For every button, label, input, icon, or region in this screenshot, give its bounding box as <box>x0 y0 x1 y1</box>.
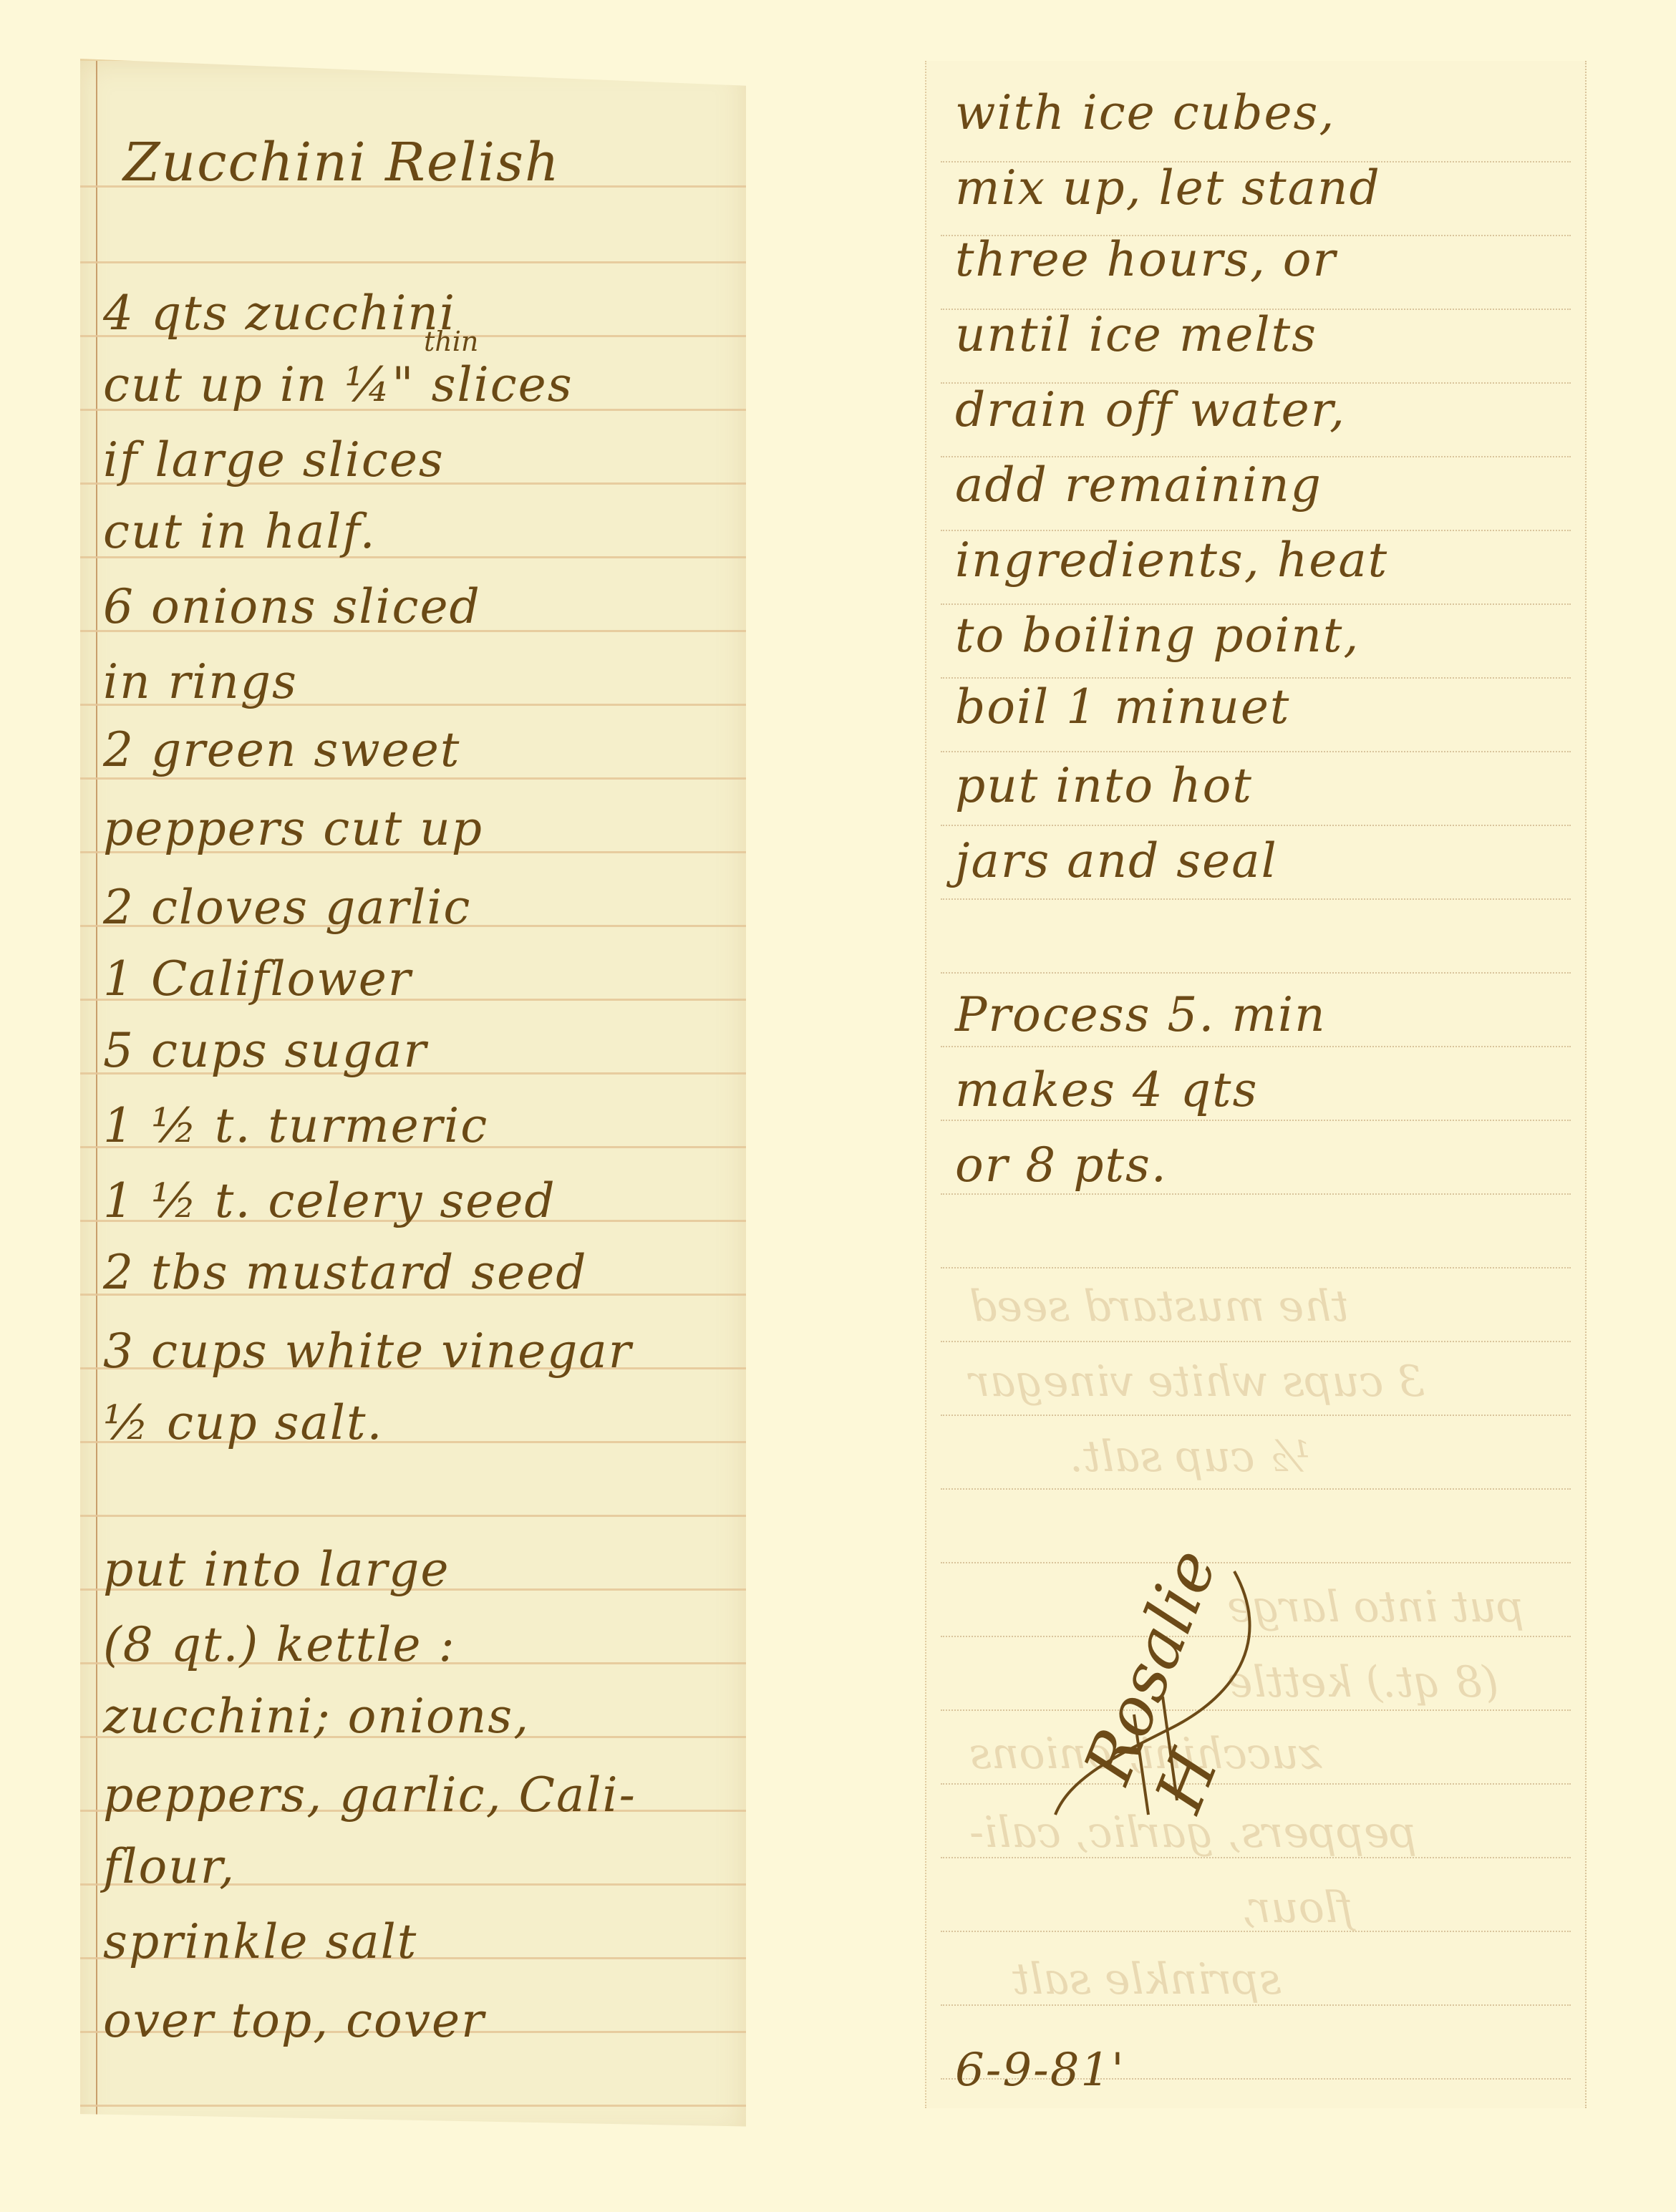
bleed-through: flour, <box>1241 1883 1353 1933</box>
rule-line <box>941 1488 1571 1490</box>
instruction-line: flour, <box>103 1843 236 1891</box>
rule-line <box>80 261 746 263</box>
rule-line <box>80 2105 746 2107</box>
rule-line <box>941 825 1571 826</box>
instruction-line: over top, cover <box>103 1997 485 2044</box>
rule-line <box>941 1046 1571 1047</box>
process-line: Process 5. min <box>955 991 1327 1039</box>
instruction-line: zucchini; onions, <box>103 1693 530 1740</box>
rule-line <box>941 1120 1571 1121</box>
rule-line <box>941 751 1571 752</box>
instruction-line: jars and seal <box>955 838 1278 885</box>
ingredient-line: 5 cups sugar <box>103 1027 427 1075</box>
instruction-line: mix up, let stand <box>955 165 1381 212</box>
instruction-line: to boiling point, <box>955 612 1360 659</box>
margin-line <box>96 61 97 2137</box>
rule-line <box>941 2004 1571 2006</box>
ingredient-line: 1 ½ t. turmeric <box>103 1102 488 1150</box>
ingredient-line: 1 ½ t. celery seed <box>103 1178 556 1225</box>
rule-line <box>941 1415 1571 1416</box>
yield-line: makes 4 qts <box>955 1067 1258 1114</box>
yield-line: or 8 pts. <box>955 1142 1168 1189</box>
rule-line <box>941 1193 1571 1195</box>
bleed-through: the mustard seed <box>969 1281 1349 1331</box>
ingredient-line: 2 cloves garlic <box>103 884 471 931</box>
right-recipe-page: the mustard seed 3 cups white vinegar ½ … <box>925 61 1587 2108</box>
instruction-line: peppers, garlic, Cali- <box>103 1772 636 1819</box>
instruction-line: until ice melts <box>955 311 1317 359</box>
bleed-through: 3 cups white vinegar <box>969 1357 1425 1407</box>
ingredient-line: 4 qts zucchini <box>103 290 456 337</box>
ingredient-line: peppers cut up <box>103 805 483 853</box>
rule-line <box>941 677 1571 679</box>
instruction-line: drain off water, <box>955 387 1346 434</box>
recipe-title: Zucchini Relish <box>123 136 561 189</box>
instruction-line: put into hot <box>955 762 1253 810</box>
date: 6-9-81' <box>955 2047 1125 2093</box>
ingredient-line: if large slices <box>103 437 445 484</box>
rule-line <box>941 972 1571 974</box>
ingredient-line: 1 Califlower <box>103 956 412 1003</box>
rule-line <box>941 603 1571 605</box>
ingredient-line: cut in half. <box>103 508 377 556</box>
rule-line <box>941 1341 1571 1342</box>
instruction-line: ingredients, heat <box>955 537 1388 584</box>
instruction-line: add remaining <box>955 462 1322 509</box>
rule-line <box>941 1267 1571 1268</box>
ingredient-line: 2 tbs mustard seed <box>103 1249 587 1296</box>
ingredient-line: 2 green sweet <box>103 727 460 774</box>
instruction-line: three hours, or <box>955 236 1337 283</box>
ingredient-line: 3 cups white vinegar <box>103 1328 632 1375</box>
instruction-line: (8 qt.) kettle : <box>103 1621 456 1669</box>
ingredient-line: in rings <box>103 659 298 706</box>
ingredient-line: cut up in ¼" slices <box>103 362 573 409</box>
rule-line <box>80 777 746 780</box>
bleed-through: ½ cup salt. <box>1070 1432 1310 1482</box>
instruction-line: boil 1 minuet <box>955 684 1290 731</box>
signature: Rosalie H <box>1027 1550 1284 1822</box>
ingredient-line: ½ cup salt. <box>103 1400 383 1447</box>
instruction-line: with ice cubes, <box>955 89 1335 137</box>
instruction-line: sprinkle salt <box>103 1918 417 1966</box>
rule-line <box>941 530 1571 531</box>
bleed-through: sprinkle salt <box>1012 1954 1282 2004</box>
rule-line <box>80 1515 746 1517</box>
ingredient-line: 6 onions sliced <box>103 583 481 631</box>
rule-line <box>941 898 1571 900</box>
left-recipe-page: Zucchini Relish thin 4 qts zucchini cut … <box>80 59 746 2137</box>
instruction-line: put into large <box>103 1546 450 1593</box>
